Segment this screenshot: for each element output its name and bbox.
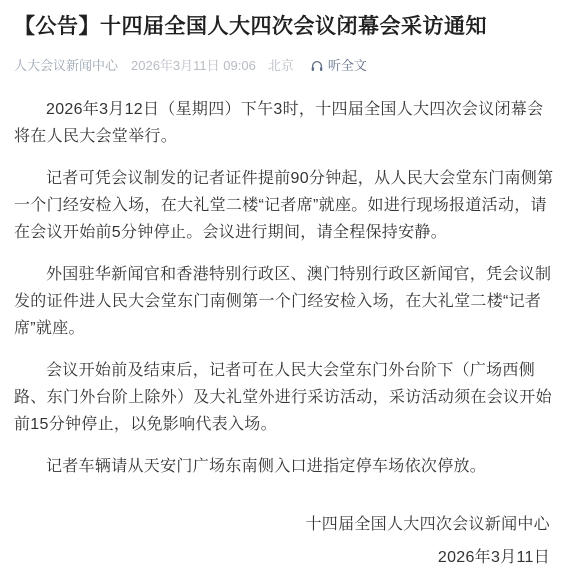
paragraph-meeting-time: 2026年3月12日（星期四）下午3时，十四届全国人大四次会议闭幕会将在人民大会… [14,96,558,150]
paragraph-vehicle-parking: 记者车辆请从天安门广场东南侧入口进指定停车场依次停放。 [14,453,558,480]
publish-datetime: 2026年3月11日 09:06 [131,57,256,75]
paragraph-foreign-press: 外国驻华新闻官和香港特别行政区、澳门特别行政区新闻官，凭会议制发的证件进人民大会… [14,261,558,342]
source-name[interactable]: 人大会议新闻中心 [14,57,118,75]
listen-full-text-label: 听全文 [328,57,367,75]
signature-block: 十四届全国人大四次会议新闻中心 2026年3月11日 [14,508,558,574]
paragraph-interview-rules: 会议开始前及结束后，记者可在人民大会堂东门外台阶下（广场西侧路、东门外台阶上除外… [14,357,558,438]
article-title: 【公告】十四届全国人大四次会议闭幕会采访通知 [14,13,558,42]
publish-location: 北京 [268,57,294,75]
signature-date: 2026年3月11日 [14,541,550,574]
byline: 人大会议新闻中心 2026年3月11日 09:06 北京 听全文 [14,57,558,75]
listen-full-text-button[interactable]: 听全文 [310,57,367,75]
article-body: 2026年3月12日（星期四）下午3时，十四届全国人大四次会议闭幕会将在人民大会… [14,96,558,480]
headphones-icon [310,59,324,73]
article-page: 【公告】十四届全国人大四次会议闭幕会采访通知 人大会议新闻中心 2026年3月1… [0,0,572,584]
signature-organization: 十四届全国人大四次会议新闻中心 [14,508,550,541]
paragraph-reporter-entry: 记者可凭会议制发的记者证件提前90分钟起，从人民大会堂东门南侧第一个门经安检入场… [14,165,558,246]
